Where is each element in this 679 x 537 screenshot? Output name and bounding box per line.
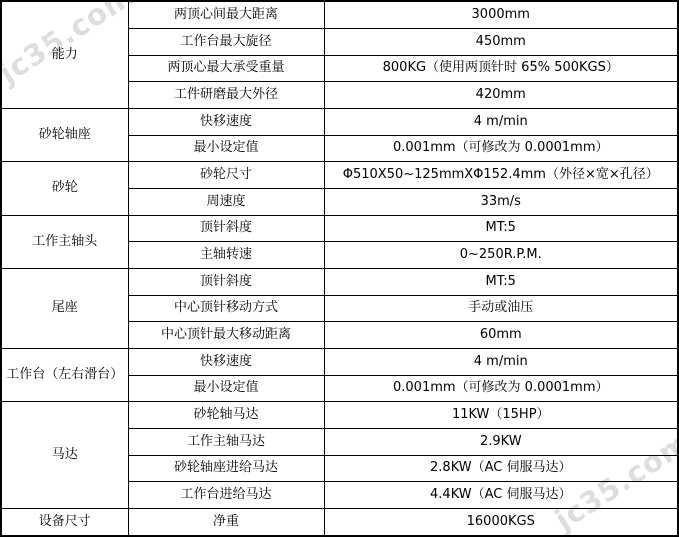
spec-name-cell: 快移速度 — [128, 348, 324, 375]
category-cell: 马达 — [1, 402, 128, 509]
spec-name-cell: 工作主轴马达 — [128, 428, 324, 455]
spec-value-cell: 11KW（15HP） — [324, 402, 678, 429]
spec-value-cell: 0.001mm（可修改为 0.0001mm） — [324, 375, 678, 402]
spec-value-cell: Φ510X50~125mmXΦ152.4mm（外径×宽×孔径） — [324, 162, 678, 189]
spec-value-cell: 60mm — [324, 322, 678, 349]
spec-sheet: jc35.com jc35.com 能力两顶心间最大距离3000mm工作台最大旋… — [0, 0, 679, 537]
category-cell: 砂轮 — [1, 162, 128, 215]
spec-table-body: 能力两顶心间最大距离3000mm工作台最大旋径450mm两顶心最大承受重量800… — [1, 1, 678, 536]
spec-name-cell: 顶针斜度 — [128, 215, 324, 242]
spec-name-cell: 砂轮轴座进给马达 — [128, 455, 324, 482]
spec-value-cell: 手动或油压 — [324, 295, 678, 322]
category-cell: 设备尺寸 — [1, 508, 128, 536]
spec-name-cell: 两顶心间最大距离 — [128, 1, 324, 29]
category-cell: 工作台（左右滑台） — [1, 348, 128, 401]
category-cell: 砂轮轴座 — [1, 109, 128, 162]
spec-table: 能力两顶心间最大距离3000mm工作台最大旋径450mm两顶心最大承受重量800… — [0, 0, 679, 537]
spec-name-cell: 工作台进给马达 — [128, 482, 324, 509]
spec-value-cell: 420mm — [324, 82, 678, 109]
spec-name-cell: 中心顶针移动方式 — [128, 295, 324, 322]
spec-name-cell: 砂轮轴马达 — [128, 402, 324, 429]
spec-value-cell: 4 m/min — [324, 109, 678, 136]
spec-value-cell: 4.4KW（AC 伺服马达） — [324, 482, 678, 509]
table-row: 能力两顶心间最大距离3000mm — [1, 1, 678, 29]
spec-name-cell: 砂轮尺寸 — [128, 162, 324, 189]
category-cell: 能力 — [1, 1, 128, 109]
spec-name-cell: 顶针斜度 — [128, 268, 324, 295]
spec-name-cell: 工件研磨最大外径 — [128, 82, 324, 109]
category-cell: 工作主轴头 — [1, 215, 128, 268]
spec-name-cell: 工作台最大旋径 — [128, 29, 324, 56]
spec-name-cell: 中心顶针最大移动距离 — [128, 322, 324, 349]
table-row: 工作台（左右滑台）快移速度4 m/min — [1, 348, 678, 375]
spec-name-cell: 最小设定值 — [128, 375, 324, 402]
category-cell: 尾座 — [1, 268, 128, 348]
table-row: 砂轮砂轮尺寸Φ510X50~125mmXΦ152.4mm（外径×宽×孔径） — [1, 162, 678, 189]
spec-value-cell: 0.001mm（可修改为 0.0001mm） — [324, 135, 678, 162]
table-row: 设备尺寸净重16000KGS — [1, 508, 678, 536]
spec-name-cell: 快移速度 — [128, 109, 324, 136]
spec-name-cell: 净重 — [128, 508, 324, 536]
spec-name-cell: 周速度 — [128, 188, 324, 215]
spec-value-cell: MT:5 — [324, 268, 678, 295]
table-row: 马达砂轮轴马达11KW（15HP） — [1, 402, 678, 429]
spec-value-cell: 0~250R.P.M. — [324, 242, 678, 269]
spec-name-cell: 两顶心最大承受重量 — [128, 55, 324, 82]
spec-value-cell: 450mm — [324, 29, 678, 56]
spec-name-cell: 最小设定值 — [128, 135, 324, 162]
table-row: 尾座顶针斜度MT:5 — [1, 268, 678, 295]
spec-value-cell: 3000mm — [324, 1, 678, 29]
spec-name-cell: 主轴转速 — [128, 242, 324, 269]
table-row: 砂轮轴座快移速度4 m/min — [1, 109, 678, 136]
spec-value-cell: 4 m/min — [324, 348, 678, 375]
table-row: 工作主轴头顶针斜度MT:5 — [1, 215, 678, 242]
spec-value-cell: 2.9KW — [324, 428, 678, 455]
spec-value-cell: MT:5 — [324, 215, 678, 242]
spec-value-cell: 800KG（使用两顶针时 65% 500KGS） — [324, 55, 678, 82]
spec-value-cell: 33m/s — [324, 188, 678, 215]
spec-value-cell: 16000KGS — [324, 508, 678, 536]
spec-value-cell: 2.8KW（AC 伺服马达） — [324, 455, 678, 482]
